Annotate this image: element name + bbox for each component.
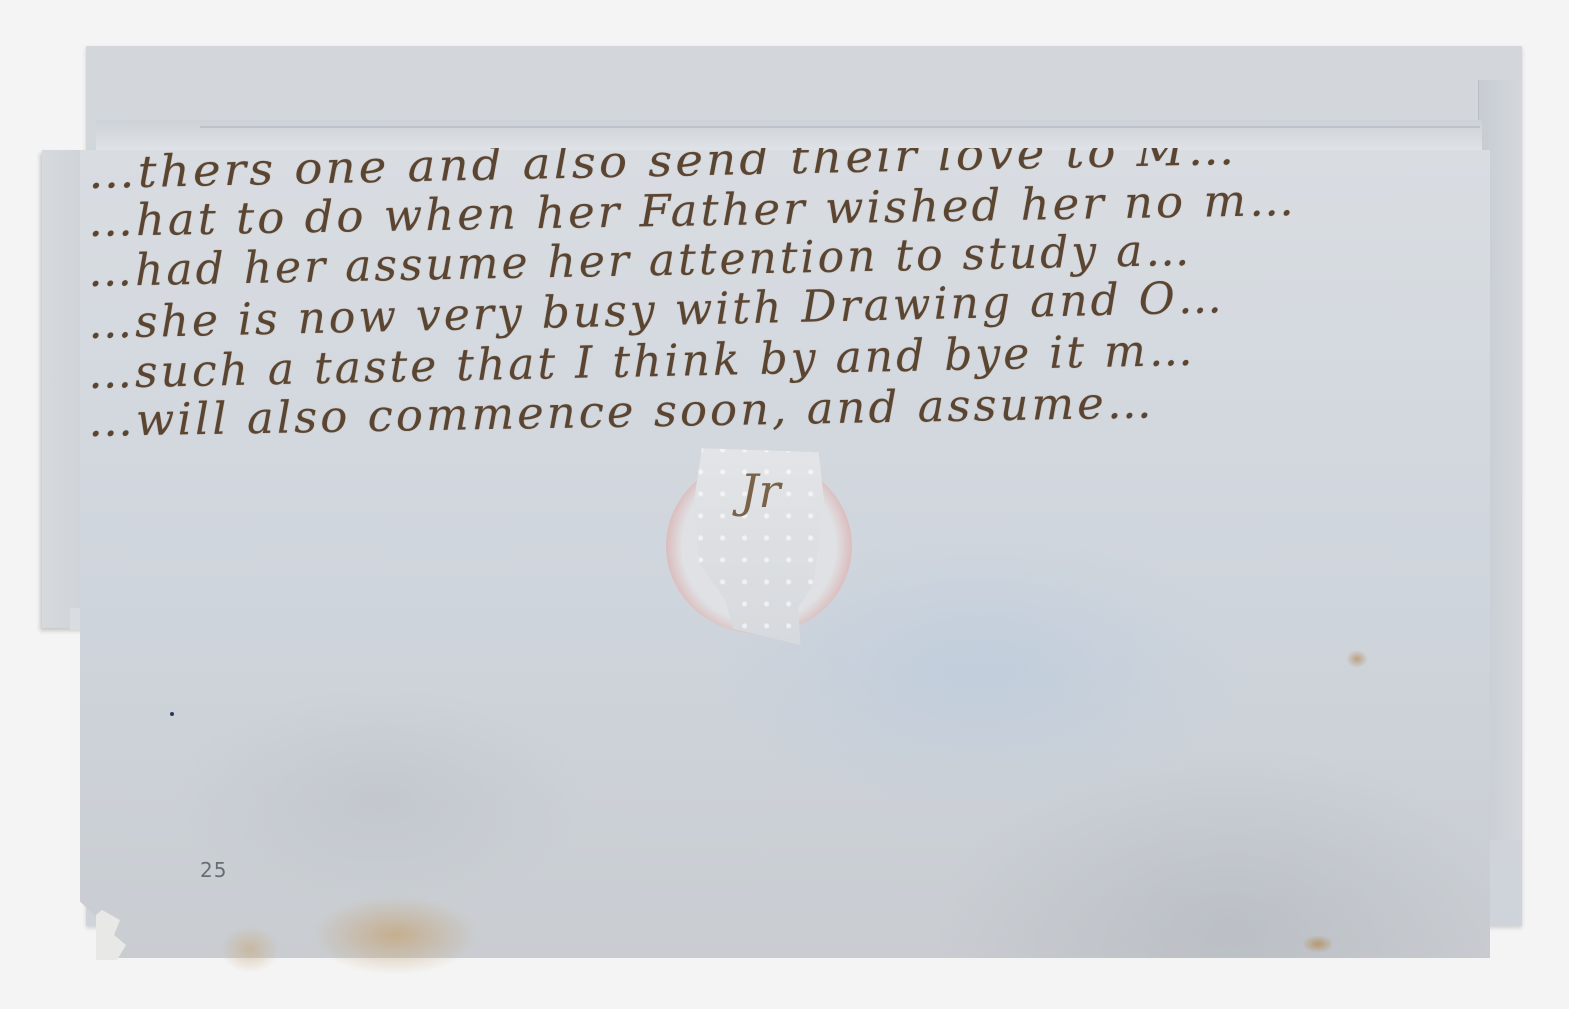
letter-photo: …thers one and also send their love to M… xyxy=(0,0,1569,1009)
wax-seal: Jr xyxy=(666,440,852,650)
top-fold-crease xyxy=(96,120,1482,151)
foxing-spot xyxy=(1302,935,1334,953)
water-stain xyxy=(220,925,280,973)
foxing-spot xyxy=(1346,650,1368,668)
crease-line xyxy=(200,126,1480,128)
water-stain xyxy=(310,895,480,975)
seal-initials: Jr xyxy=(740,464,780,518)
pencil-annotation: 25 xyxy=(200,858,227,882)
ink-speck xyxy=(170,712,174,716)
handwritten-text: …thers one and also send their love to M… xyxy=(88,148,1478,448)
